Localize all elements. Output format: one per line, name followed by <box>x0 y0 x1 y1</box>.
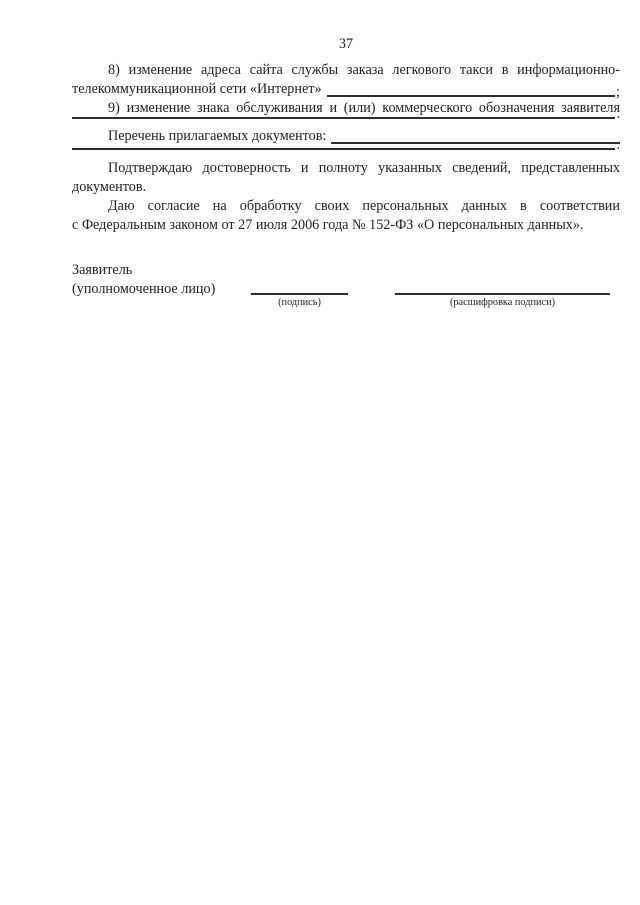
trademark-blank-row: . <box>72 106 620 121</box>
paragraph-item8-terminator: ; <box>615 85 620 99</box>
page-number: 37 <box>72 35 620 54</box>
applicant-label: Заявитель <box>72 261 620 280</box>
paragraph-item8-line2: телекоммуникационной сети «Интернет» ; <box>72 80 620 99</box>
trademark-blank-field <box>72 117 615 119</box>
paragraph-item8-line2-text: телекоммуникационной сети «Интернет» <box>72 80 322 99</box>
website-blank-field <box>327 95 615 97</box>
trademark-blank-terminator: . <box>615 107 620 121</box>
signature-blank-field <box>251 281 348 295</box>
confirmation-line1: Подтверждаю достоверность и полноту указ… <box>72 159 620 178</box>
transcript-caption: (расшифровка подписи) <box>395 297 610 309</box>
attachments-blank-row-2: . <box>72 138 620 152</box>
transcript-blank-field <box>395 281 610 295</box>
confirmation-line2: документов. <box>72 178 620 197</box>
paragraph-item8-line1: 8) изменение адреса сайта службы заказа … <box>72 61 620 80</box>
signature-caption: (подпись) <box>251 297 348 309</box>
consent-line2: с Федеральным законом от 27 июля 2006 го… <box>72 216 620 235</box>
attachments-blank-field-2 <box>72 148 615 150</box>
consent-line1: Даю согласие на обработку своих персонал… <box>72 197 620 216</box>
document-page: 37 8) изменение адреса сайта службы зака… <box>0 0 640 905</box>
attachments-blank-terminator: . <box>615 138 620 152</box>
